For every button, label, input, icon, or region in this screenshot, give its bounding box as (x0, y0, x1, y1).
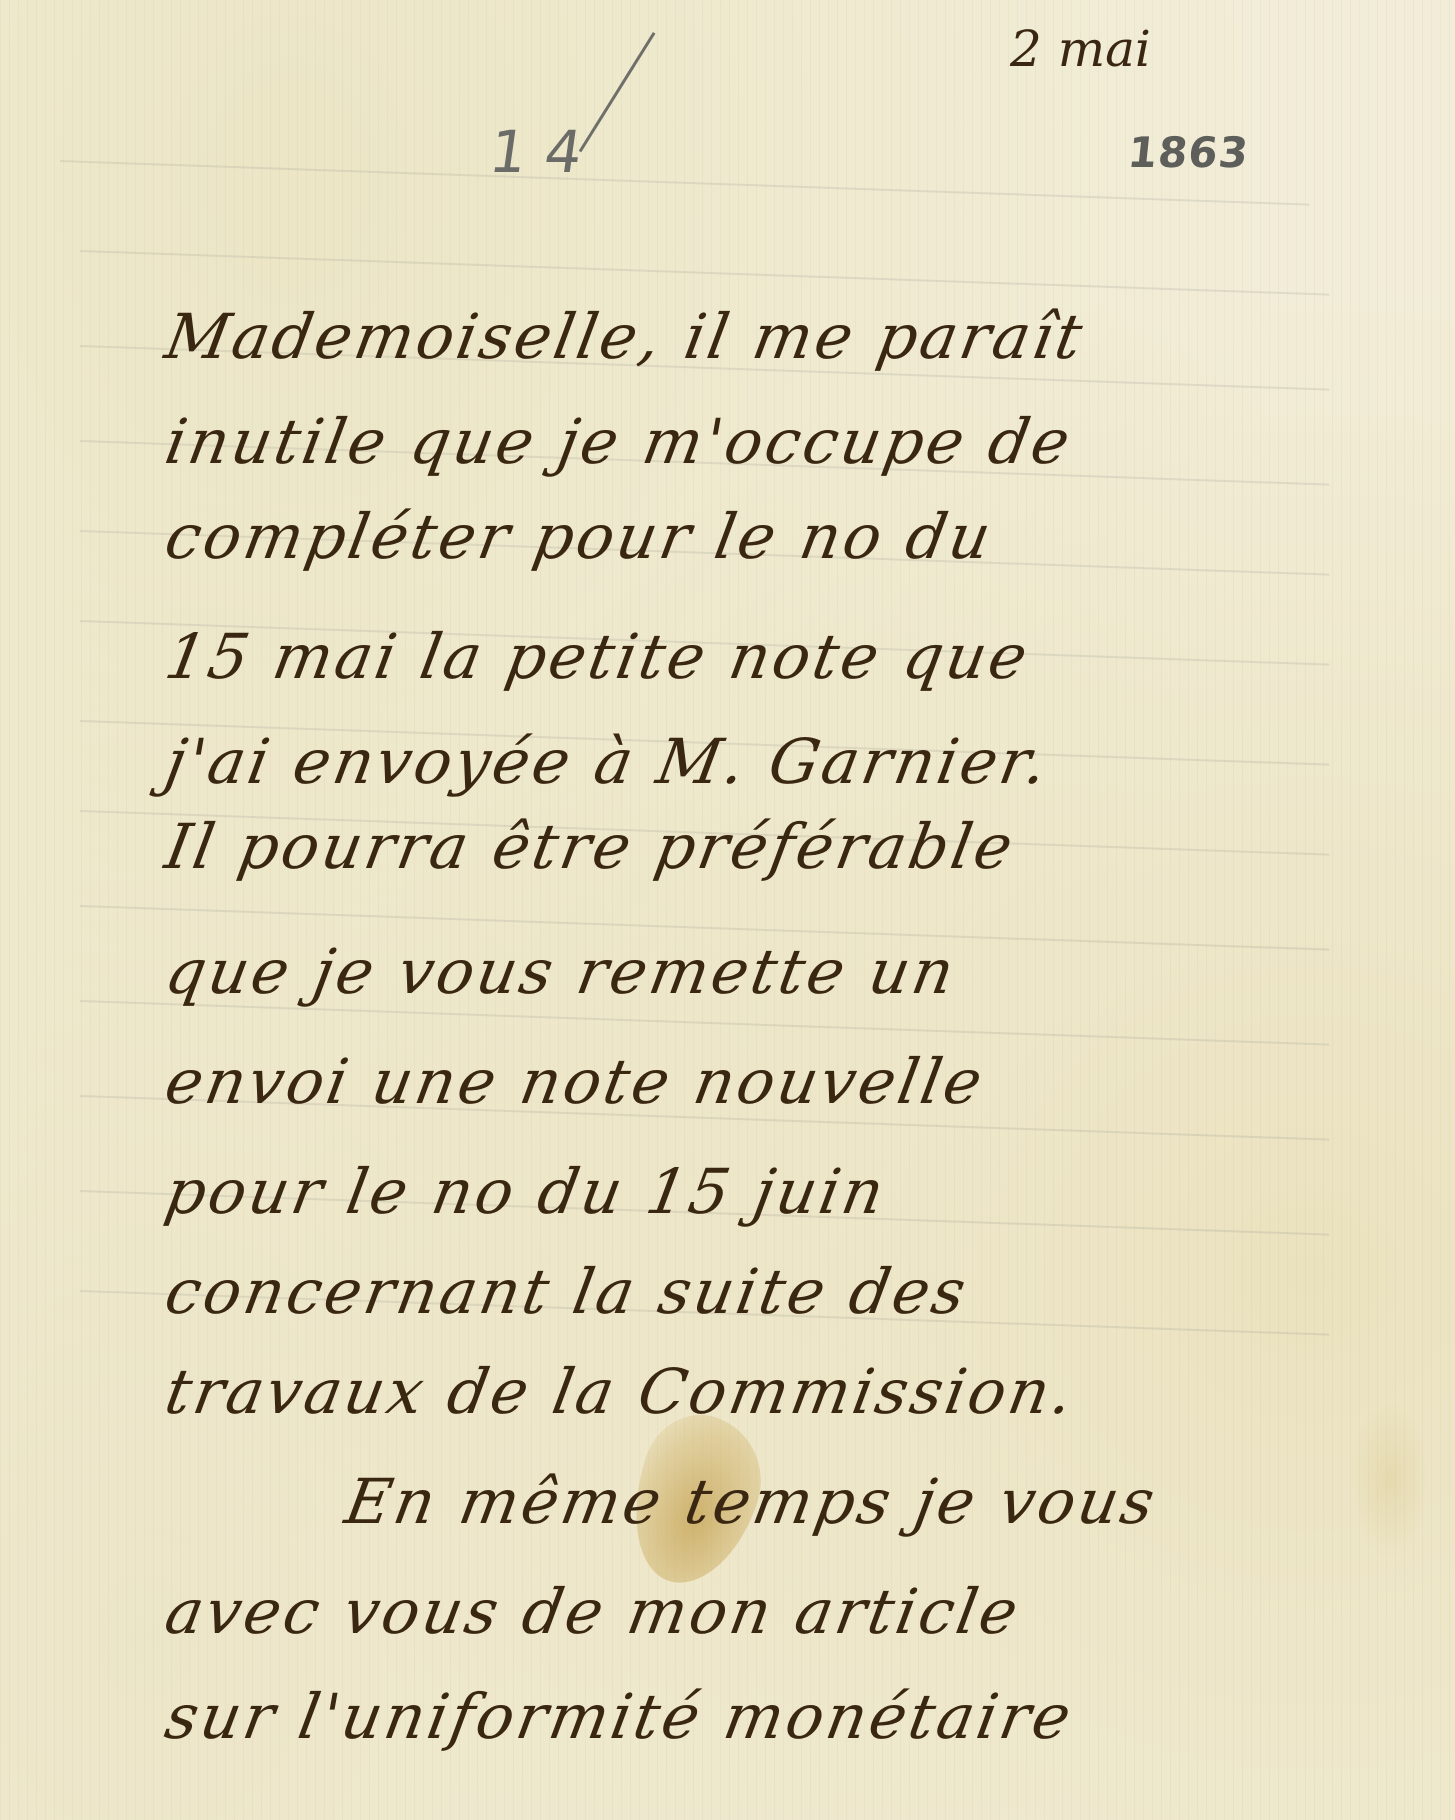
body-line: sur l'uniformité monétaire (160, 1680, 1079, 1753)
letter-page: 2 mai 14 1863 Mademoiselle, il me paraît… (0, 0, 1455, 1820)
body-line: travaux de la Commission. (160, 1355, 1081, 1428)
body-line: j'ai envoyée à M. Garnier. (160, 725, 1055, 798)
body-line: Mademoiselle, il me paraît (160, 300, 1090, 373)
letter-date: 2 mai (1010, 20, 1151, 78)
body-line: compléter pour le no du (160, 500, 999, 573)
body-line: inutile que je m'occupe de (160, 405, 1078, 478)
paper-stain (1350, 1400, 1430, 1560)
body-line: avec vous de mon article (160, 1575, 1026, 1648)
archive-year: 1863 (1125, 128, 1251, 177)
pencil-slash-mark (579, 32, 656, 152)
body-line: envoi une note nouvelle (160, 1045, 990, 1118)
body-line: 15 mai la petite note que (160, 620, 1036, 693)
body-line: Il pourra être préférable (160, 810, 1021, 883)
body-line: pour le no du 15 juin (160, 1155, 892, 1228)
archive-number: 14 (485, 118, 604, 186)
body-line: concernant la suite des (160, 1255, 974, 1328)
body-line: que je vous remette un (160, 935, 962, 1008)
body-line: En même temps je vous (340, 1465, 1163, 1538)
